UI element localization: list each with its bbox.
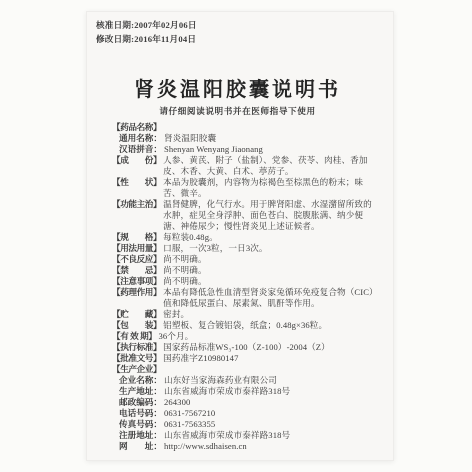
page-title: 肾炎温阳胶囊说明书	[96, 73, 379, 102]
section-row: 【用法用量】口服，一次3粒，一日3次。	[112, 243, 379, 254]
section-row: 【包 装】铝塑板、复合镀铝袋，纸盒；0.48g×36粒。	[112, 320, 379, 331]
section-label: 电话号码：	[119, 408, 162, 419]
section-content: 密封。	[161, 309, 379, 320]
section-label: 【不良反应】	[112, 254, 161, 265]
date-value: 2007年02月06日	[134, 20, 196, 30]
section-content: 本品有降低急性血清型肾炎家兔循环免疫复合物（CIC）值和降低尿蛋白、尿素氮、肌酐…	[161, 287, 379, 309]
section-row: 【药理作用】本品有降低急性血清型肾炎家兔循环免疫复合物（CIC）值和降低尿蛋白、…	[112, 287, 379, 309]
section-content: 国药准字Z10980147	[161, 353, 379, 364]
section-row: 【禁 忌】尚不明确。	[112, 265, 379, 276]
section-content: 本品为胶囊剂，内容物为棕褐色至棕黑色的粉末；味苦、微辛。	[161, 177, 379, 199]
section-row: 汉语拼音：Shenyan Wenyang Jiaonang	[112, 144, 379, 155]
section-label: 【药理作用】	[112, 287, 161, 298]
section-row: 【药品名称】	[112, 122, 379, 133]
section-row: 传真号码：0631-7563355	[112, 419, 379, 430]
page-subtitle: 请仔细阅读说明书并在医师指导下使用	[96, 105, 379, 117]
section-row: 注册地址：山东省威海市荣成市泰祥路318号	[112, 430, 379, 441]
section-label: 通用名称：	[119, 133, 162, 144]
section-content: 36个月。	[156, 331, 379, 342]
section-label: 【包 装】	[112, 320, 161, 331]
section-row: 【性 状】本品为胶囊剂，内容物为棕褐色至棕黑色的粉末；味苦、微辛。	[112, 177, 379, 199]
section-content: 尚不明确。	[161, 276, 379, 287]
section-label: 【有 效 期】	[112, 331, 156, 342]
date-label: 核准日期:	[96, 20, 134, 30]
section-row: 【批准文号】国药准字Z10980147	[112, 353, 379, 364]
section-label: 【性 状】	[112, 177, 161, 188]
section-content: 尚不明确。	[161, 265, 379, 276]
section-row: 网 址：http://www.sdhaisen.cn	[112, 441, 379, 452]
section-row: 电话号码：0631-7567210	[112, 408, 379, 419]
section-content: http://www.sdhaisen.cn	[162, 441, 379, 452]
section-label: 传真号码：	[119, 419, 162, 430]
date-value: 2016年11月04日	[134, 34, 196, 44]
section-content: 0631-7567210	[162, 408, 379, 419]
section-label: 【执行标准】	[112, 342, 161, 353]
section-content: 0631-7563355	[162, 419, 379, 430]
section-label: 生产地址：	[119, 386, 162, 397]
section-content: Shenyan Wenyang Jiaonang	[162, 144, 379, 155]
sections-list: 【药品名称】通用名称：肾炎温阳胶囊汉语拼音：Shenyan Wenyang Ji…	[96, 122, 379, 452]
section-content: 山东省威海市荣成市泰祥路318号	[162, 386, 379, 397]
section-label: 注册地址：	[119, 430, 162, 441]
section-label: 【规 格】	[112, 232, 161, 243]
section-content: 铝塑板、复合镀铝袋，纸盒；0.48g×36粒。	[161, 320, 379, 331]
section-row: 【规 格】每粒装0.48g。	[112, 232, 379, 243]
section-label: 汉语拼音：	[119, 144, 162, 155]
section-content: 肾炎温阳胶囊	[162, 133, 379, 144]
leaflet-page: 核准日期:2007年02月06日修改日期:2016年11月04日 肾炎温阳胶囊说…	[86, 11, 394, 461]
section-row: 【有 效 期】36个月。	[112, 331, 379, 342]
date-row: 修改日期:2016年11月04日	[96, 33, 379, 47]
section-content: 每粒装0.48g。	[161, 232, 379, 243]
section-row: 【执行标准】国家药品标准WS₃-100（Z-100）-2004（Z）	[112, 342, 379, 353]
section-label: 【功能主治】	[112, 199, 161, 210]
section-row: 【注意事项】尚不明确。	[112, 276, 379, 287]
section-label: 【禁 忌】	[112, 265, 161, 276]
section-row: 企业名称：山东好当家海森药业有限公司	[112, 375, 379, 386]
section-label: 【成 份】	[112, 155, 161, 166]
section-content: 温肾健脾，化气行水。用于脾肾阳虚、水湿潴留所致的水肿，症见全身浮肿、面色苍白、脘…	[161, 199, 379, 232]
section-label: 【贮 藏】	[112, 309, 161, 320]
section-row: 【成 份】人参、黄芪、附子（盐制）、党参、茯苓、肉桂、香加皮、木香、大黄、白术、…	[112, 155, 379, 177]
screenshot-canvas: 核准日期:2007年02月06日修改日期:2016年11月04日 肾炎温阳胶囊说…	[0, 0, 472, 472]
section-content: 264300	[162, 397, 379, 408]
section-row: 【不良反应】尚不明确。	[112, 254, 379, 265]
section-content: 国家药品标准WS₃-100（Z-100）-2004（Z）	[161, 342, 379, 353]
section-content: 人参、黄芪、附子（盐制）、党参、茯苓、肉桂、香加皮、木香、大黄、白术、葶苈子。	[161, 155, 379, 177]
section-row: 【贮 藏】密封。	[112, 309, 379, 320]
section-row: 【生产企业】	[112, 364, 379, 375]
section-label: 【药品名称】	[112, 122, 161, 133]
section-label: 邮政编码：	[119, 397, 162, 408]
date-block: 核准日期:2007年02月06日修改日期:2016年11月04日	[96, 19, 379, 46]
section-content: 山东省威海市荣成市泰祥路318号	[162, 430, 379, 441]
section-row: 【功能主治】温肾健脾，化气行水。用于脾肾阳虚、水湿潴留所致的水肿，症见全身浮肿、…	[112, 199, 379, 232]
date-label: 修改日期:	[96, 34, 134, 44]
section-label: 网 址：	[119, 441, 162, 452]
section-label: 【注意事项】	[112, 276, 161, 287]
section-label: 【生产企业】	[112, 364, 161, 375]
section-content: 尚不明确。	[161, 254, 379, 265]
section-label: 【用法用量】	[112, 243, 161, 254]
section-label: 【批准文号】	[112, 353, 161, 364]
date-row: 核准日期:2007年02月06日	[96, 19, 379, 33]
section-label: 企业名称：	[119, 375, 162, 386]
section-row: 邮政编码：264300	[112, 397, 379, 408]
section-content: 口服，一次3粒，一日3次。	[161, 243, 379, 254]
section-row: 通用名称：肾炎温阳胶囊	[112, 133, 379, 144]
section-content: 山东好当家海森药业有限公司	[162, 375, 379, 386]
section-row: 生产地址：山东省威海市荣成市泰祥路318号	[112, 386, 379, 397]
